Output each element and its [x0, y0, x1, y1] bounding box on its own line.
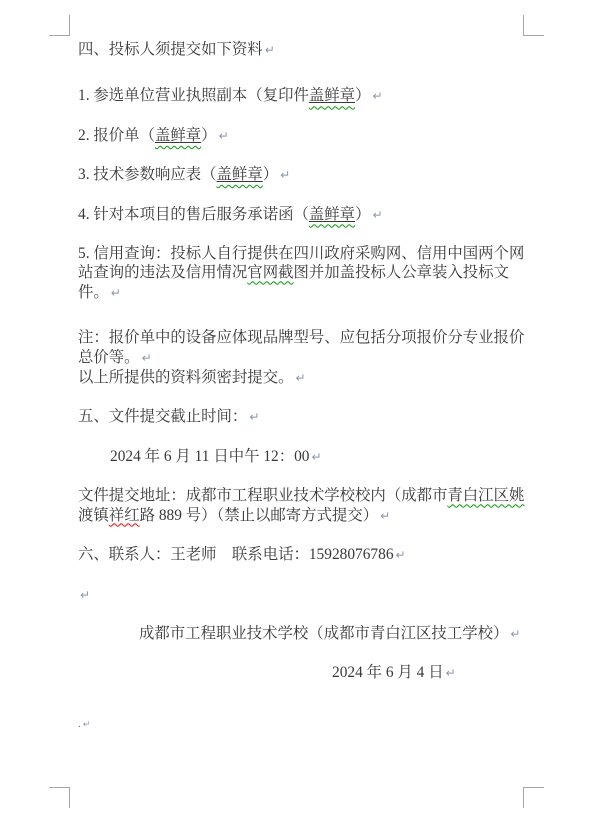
text-run: 四、投标人须提交如下资料	[78, 41, 263, 58]
margin-crop-mark-top-left	[49, 15, 70, 36]
note: 注：报价单中的设备应体现品牌型号、应包括分项报价分专业报价总价等。↵	[78, 328, 528, 368]
text-run: 六、联系人：王老师 联系电话：15928076786	[78, 546, 394, 563]
item-3: 3. 技术参数响应表（盖鲜章）↵	[78, 165, 528, 185]
seal-required-underlined-text: 盖鲜章	[155, 127, 201, 144]
item-1: 1. 参选单位营业执照副本（复印件盖鲜章）↵	[78, 86, 528, 106]
paragraph-mark-icon: ↵	[219, 129, 229, 143]
grammar-check-underlined-text: 官网截	[247, 264, 293, 281]
text-run: 1. 参选单位营业执照副本（复印件	[78, 87, 309, 104]
text-run: 图并加盖投标人公章装入投标文	[294, 264, 509, 281]
paragraph-mark-icon: ↵	[380, 509, 390, 523]
word-document-page: 四、投标人须提交如下资料↵1. 参选单位营业执照副本（复印件盖鲜章）↵2. 报价…	[0, 0, 610, 827]
section-5-heading: 五、文件提交截止时间：↵	[78, 407, 528, 427]
margin-crop-mark-top-right	[523, 15, 544, 36]
submission-address: 文件提交地址：成都市工程职业技术学校校内（成都市青白江区姚渡镇祥红路 889 号…	[78, 486, 528, 526]
text-run: 2. 报价单（	[78, 127, 155, 144]
signature-organization: 成都市工程职业技术学校（成都市青白江区技工学校）↵	[78, 624, 528, 644]
paragraph-mark-icon: ↵	[280, 168, 290, 182]
text-run: 5. 信用查询：投标人自行提供在四川政府采购网、信用中国两个网	[78, 245, 524, 262]
margin-crop-mark-bottom-right	[523, 787, 544, 808]
margin-crop-mark-bottom-left	[49, 787, 70, 808]
text-run: 文件提交地址：成都市工程职业技术学校校内（成都市	[78, 487, 447, 504]
paragraph-mark-icon: ↵	[372, 89, 382, 103]
text-run: 以上所提供的资料须密封提交。	[78, 369, 293, 386]
paragraph-mark-icon: ↵	[312, 450, 322, 464]
grammar-squiggle-text: 盖鲜章	[155, 127, 201, 144]
document-text-area: 四、投标人须提交如下资料↵1. 参选单位营业执照副本（复印件盖鲜章）↵2. 报价…	[78, 40, 528, 751]
text-run: .	[78, 718, 81, 730]
seal-required-underlined-text: 盖鲜章	[309, 206, 355, 223]
grammar-squiggle-text: 盖鲜章	[309, 87, 355, 104]
text-run: 站查询的违法及信用情况	[78, 264, 247, 281]
deadline-datetime: 2024 年 6 月 11 日中午 12：00↵	[78, 447, 528, 467]
text-run: ）	[201, 127, 216, 144]
end-mark: .↵	[78, 718, 528, 732]
grammar-squiggle-text: 盖鲜章	[309, 206, 355, 223]
signature-date: 2024 年 6 月 4 日↵	[78, 663, 528, 683]
text-run: 总价等。	[78, 349, 140, 366]
paragraph-mark-icon: ↵	[396, 548, 406, 562]
seal-required-underlined-text: 盖鲜章	[217, 166, 263, 183]
paragraph-mark-icon: ↵	[446, 666, 456, 680]
paragraph-mark-icon: ↵	[80, 588, 90, 602]
text-run: ）	[355, 87, 370, 104]
text-run: 注：报价单中的设备应体现品牌型号、应包括分项报价分专业报价	[78, 329, 524, 346]
text-run: 路 889 号）（禁止以邮寄方式提交）	[140, 507, 379, 524]
paragraph-mark-icon: ↵	[295, 371, 305, 385]
item-2: 2. 报价单（盖鲜章）↵	[78, 126, 528, 146]
text-run: ）	[263, 166, 278, 183]
text-run: 成都市工程职业技术学校（成都市青白江区技工学校）	[139, 625, 508, 642]
paragraph-mark-icon: ↵	[265, 43, 275, 57]
text-run: 件。	[78, 284, 109, 301]
grammar-squiggle-text: 盖鲜章	[217, 166, 263, 183]
note-sealed-delivery: 以上所提供的资料须密封提交。↵	[78, 368, 528, 388]
item-4: 4. 针对本项目的售后服务承诺函（盖鲜章）↵	[78, 205, 528, 225]
section-6-contact: 六、联系人：王老师 联系电话：15928076786↵	[78, 545, 528, 565]
paragraph-mark-icon: ↵	[249, 410, 259, 424]
paragraph-mark-icon: ↵	[372, 208, 382, 222]
text-run: 2024 年 6 月 4 日	[332, 664, 444, 681]
paragraph-mark-icon: ↵	[510, 627, 520, 641]
text-run: 渡镇	[78, 507, 109, 524]
section-4-heading: 四、投标人须提交如下资料↵	[78, 40, 528, 60]
paragraph-mark-icon: ↵	[142, 351, 152, 365]
grammar-check-underlined-text: 青白江区姚	[447, 487, 524, 504]
item-5: 5. 信用查询：投标人自行提供在四川政府采购网、信用中国两个网站查询的违法及信用…	[78, 244, 528, 303]
seal-required-underlined-text: 盖鲜章	[309, 87, 355, 104]
paragraph-mark-icon: ↵	[111, 286, 121, 300]
text-run: 3. 技术参数响应表（	[78, 166, 217, 183]
text-run: 4. 针对本项目的售后服务承诺函（	[78, 206, 309, 223]
spell-check-underlined-text: 祥红	[109, 507, 140, 524]
text-run: 2024 年 6 月 11 日中午 12：00	[110, 448, 310, 465]
text-run: ）	[355, 206, 370, 223]
paragraph-mark-icon: ↵	[83, 720, 91, 730]
text-run: 五、文件提交截止时间：	[78, 408, 247, 425]
blank-line: ↵	[78, 585, 528, 605]
